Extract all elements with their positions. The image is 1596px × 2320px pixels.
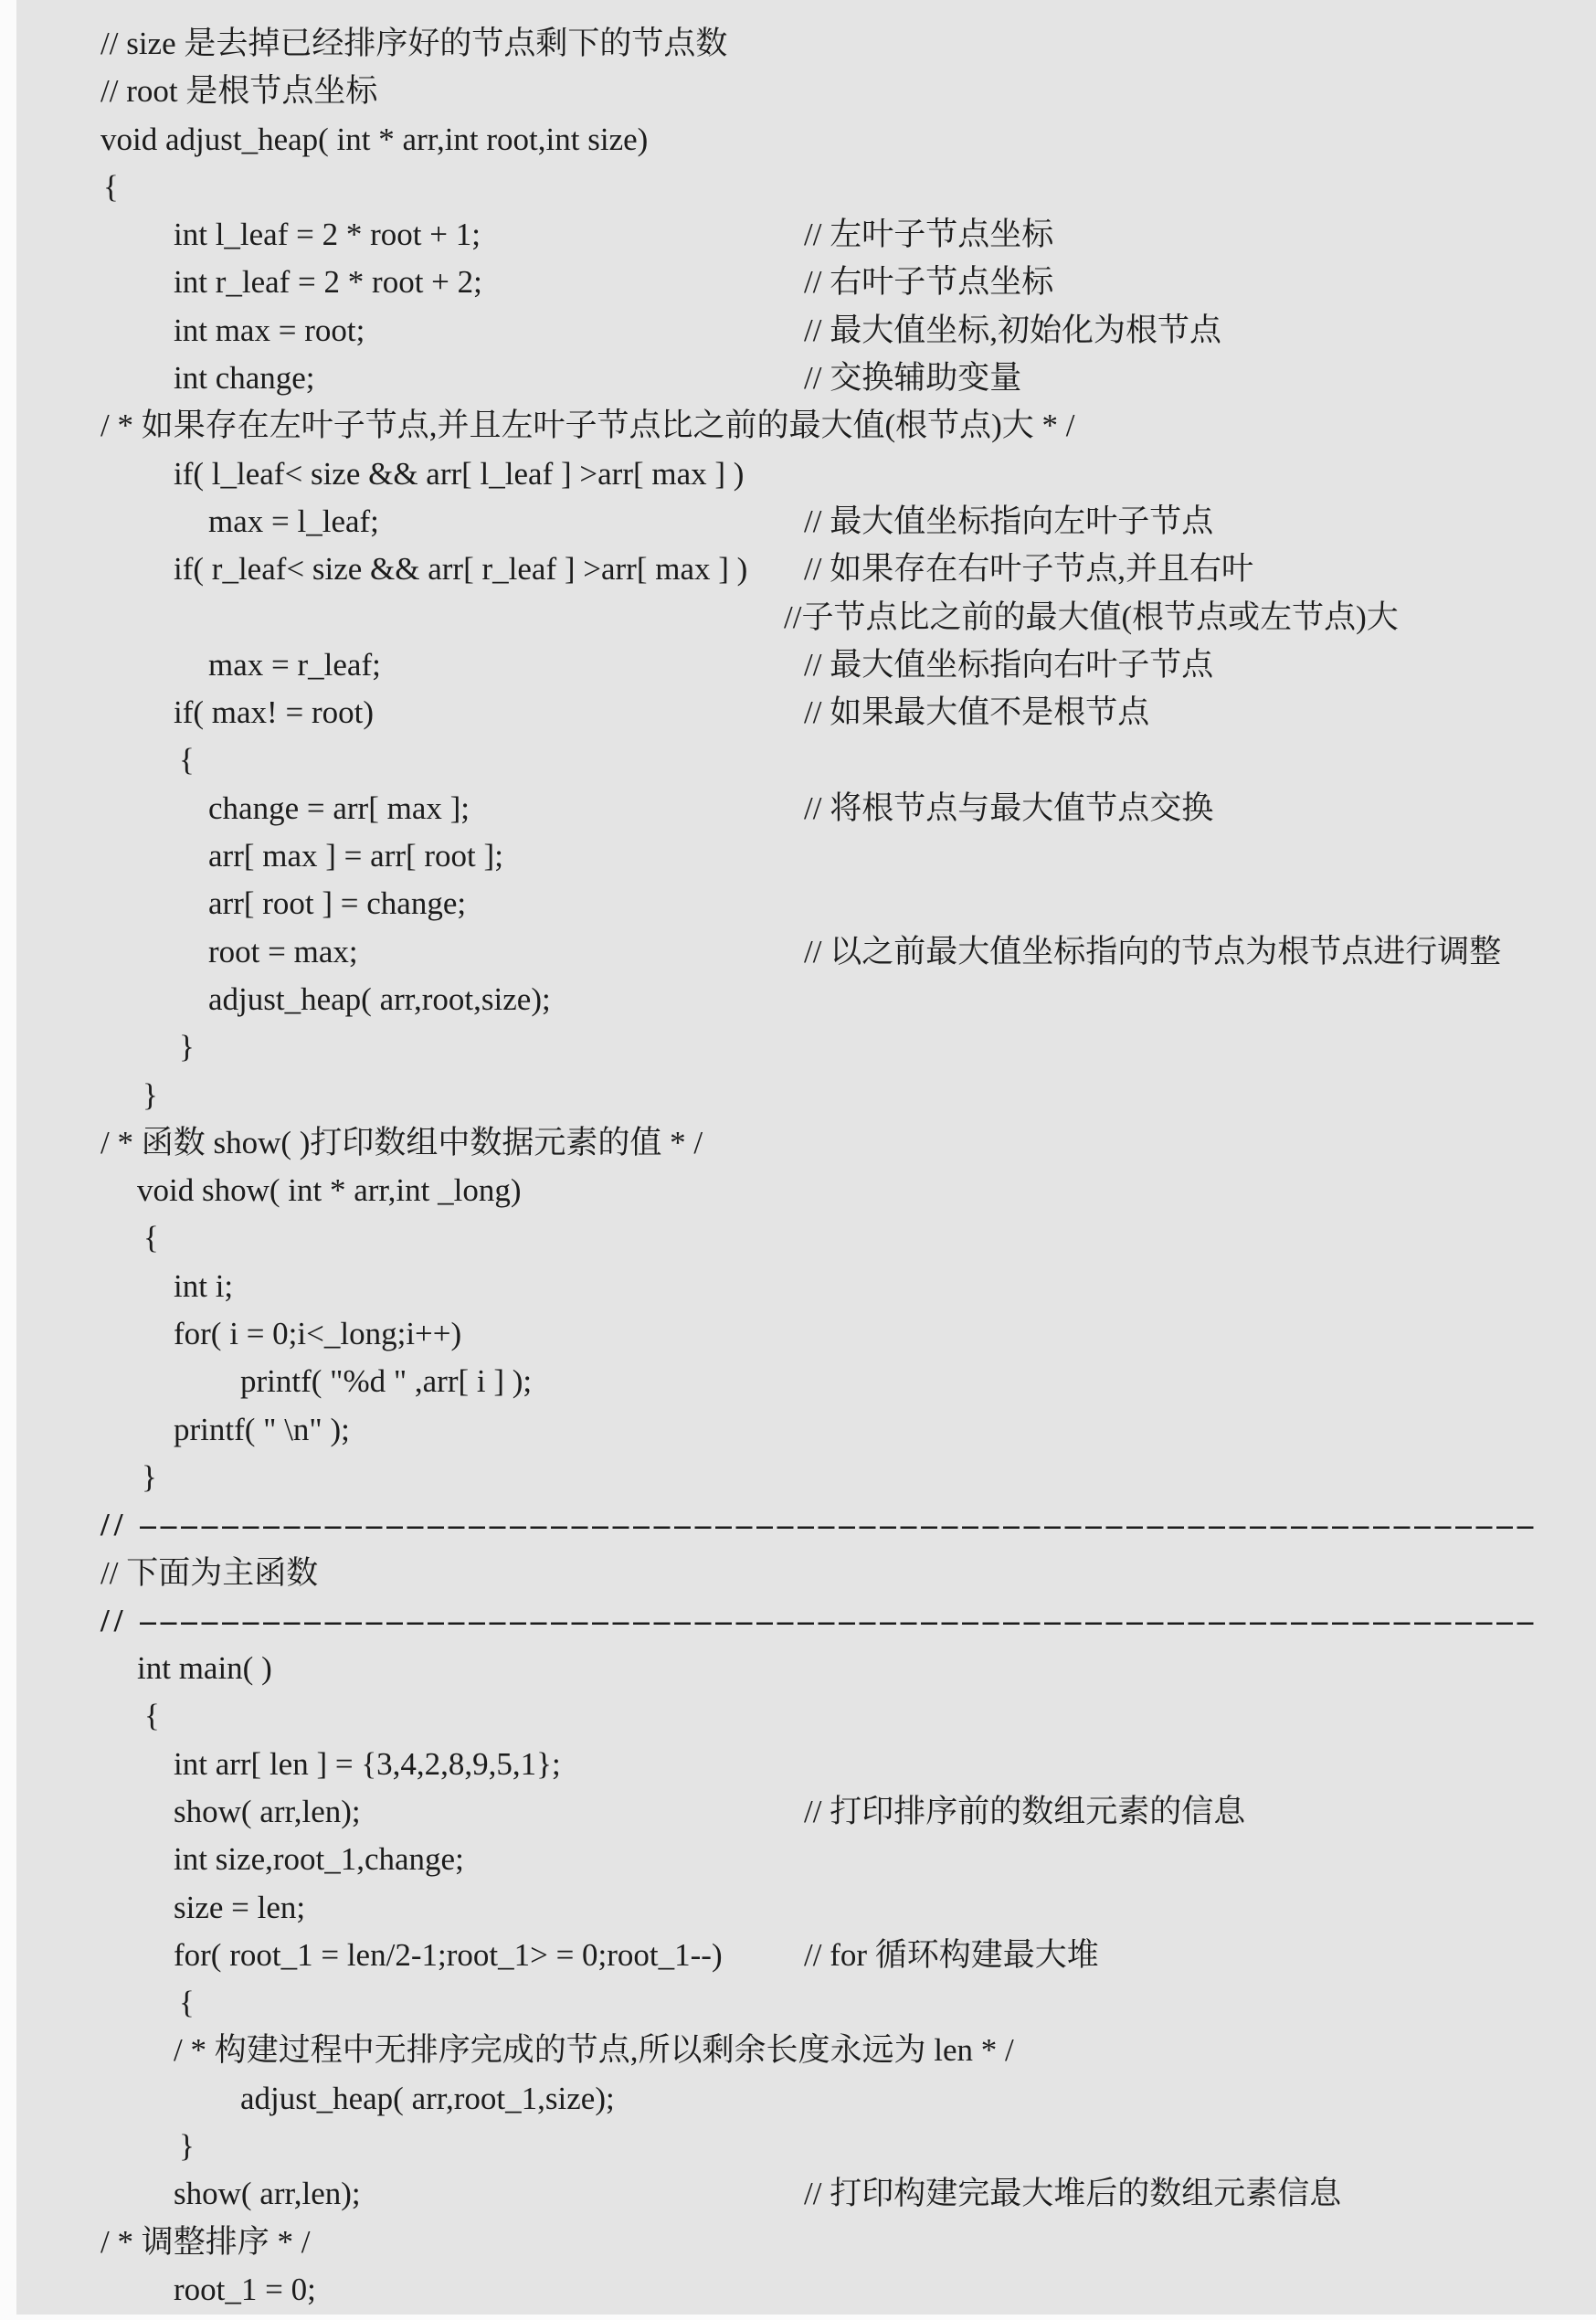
code-text: adjust_heap( arr,root,size);: [208, 976, 551, 1023]
comment-text: // 最大值坐标,初始化为根节点: [804, 307, 1221, 355]
code-line: adjust_heap( arr,root_1,size);: [0, 2075, 1596, 2123]
code-line: / * 函数 show( )打印数组中数据元素的值 * /: [0, 1119, 1596, 1167]
code-text: / * 调整排序 * /: [100, 2219, 310, 2266]
scanned-code-page: // size 是去掉已经排序好的节点剩下的节点数// root 是根节点坐标v…: [0, 0, 1596, 2320]
code-line: {: [0, 1214, 1596, 1262]
code-text: / * 构建过程中无排序完成的节点,所以剩余长度永远为 len * /: [174, 2027, 1014, 2074]
code-text: max = l_leaf;: [208, 498, 379, 546]
code-text: // 下面为主函数: [100, 1550, 318, 1597]
code-text: arr[ max ] = arr[ root ];: [208, 832, 503, 880]
code-line: {: [0, 736, 1596, 784]
code-line: / * 构建过程中无排序完成的节点,所以剩余长度永远为 len * /: [0, 2027, 1596, 2074]
code-line: show( arr,len);// 打印构建完最大堆后的数组元素信息: [0, 2170, 1596, 2218]
code-text: int max = root;: [174, 307, 365, 355]
code-line: int change;// 交换辅助变量: [0, 355, 1596, 402]
code-text: {: [179, 736, 195, 784]
code-text: // size 是去掉已经排序好的节点剩下的节点数: [100, 20, 727, 68]
code-line: / * 调整排序 * /: [0, 2219, 1596, 2266]
comment-text: // for 循环构建最大堆: [804, 1932, 1099, 1979]
code-line: arr[ root ] = change;: [0, 880, 1596, 927]
code-line: }: [0, 2123, 1596, 2170]
code-line: // 下面为主函数: [0, 1550, 1596, 1597]
code-line: int main( ): [0, 1645, 1596, 1692]
code-line: }: [0, 1072, 1596, 1119]
code-text: int main( ): [137, 1645, 272, 1692]
code-line: {: [0, 1979, 1596, 2027]
code-text: int i;: [174, 1263, 233, 1310]
code-text: {: [179, 1979, 195, 2027]
code-text: adjust_heap( arr,root_1,size);: [240, 2075, 615, 2123]
code-line: {: [0, 1692, 1596, 1740]
code-text: int l_leaf = 2 * root + 1;: [174, 211, 481, 259]
code-text: void show( int * arr,int _long): [137, 1167, 522, 1214]
comment-text: // 打印排序前的数组元素的信息: [804, 1788, 1245, 1836]
code-text: size = len;: [174, 1884, 305, 1932]
comment-text: // 右叶子节点坐标: [804, 259, 1053, 306]
code-text: for( root_1 = len/2-1;root_1> = 0;root_1…: [174, 1932, 723, 1979]
comment-text: // 以之前最大值坐标指向的节点为根节点进行调整: [804, 928, 1501, 976]
code-text: int size,root_1,change;: [174, 1836, 464, 1883]
code-text: }: [179, 2123, 195, 2170]
code-line: int l_leaf = 2 * root + 1;// 左叶子节点坐标: [0, 211, 1596, 259]
code-text: }: [142, 1454, 157, 1501]
code-text: int arr[ len ] = {3,4,2,8,9,5,1};: [174, 1741, 561, 1788]
code-text: show( arr,len);: [174, 2170, 361, 2218]
code-line: // –––––––––––––––––––––––––––––––––––––…: [0, 1597, 1596, 1645]
code-line: int i;: [0, 1263, 1596, 1310]
code-line: {: [0, 164, 1596, 211]
code-text: root_1 = 0;: [174, 2266, 316, 2314]
code-text: int change;: [174, 355, 315, 402]
code-line: for( root_1 = len/2-1;root_1> = 0;root_1…: [0, 1932, 1596, 1979]
code-text: void adjust_heap( int * arr,int root,int…: [100, 116, 648, 164]
comment-text: // 最大值坐标指向右叶子节点: [804, 641, 1213, 689]
code-text: / * 如果存在左叶子节点,并且左叶子节点比之前的最大值(根节点)大 * /: [100, 402, 1075, 450]
code-line: // root 是根节点坐标: [0, 68, 1596, 115]
code-line: int max = root;// 最大值坐标,初始化为根节点: [0, 307, 1596, 355]
comment-text: // 交换辅助变量: [804, 355, 1021, 402]
code-text: root = max;: [208, 928, 358, 976]
code-text: printf( " \n" );: [174, 1406, 350, 1454]
code-text: {: [103, 164, 119, 211]
code-text: printf( "%d " ,arr[ i ] );: [240, 1358, 532, 1405]
code-text: {: [143, 1214, 159, 1262]
code-line: if( l_leaf< size && arr[ l_leaf ] >arr[ …: [0, 450, 1596, 498]
code-line: size = len;: [0, 1884, 1596, 1932]
code-text: for( i = 0;i<_long;i++): [174, 1310, 461, 1358]
code-line: }: [0, 1023, 1596, 1071]
code-text: / * 函数 show( )打印数组中数据元素的值 * /: [100, 1119, 703, 1167]
comment-text: // 如果最大值不是根节点: [804, 689, 1149, 736]
code-line: change = arr[ max ];// 将根节点与最大值节点交换: [0, 785, 1596, 832]
code-line: if( max! = root)// 如果最大值不是根节点: [0, 689, 1596, 736]
comment-text: // 最大值坐标指向左叶子节点: [804, 498, 1213, 546]
section-divider-comment: // –––––––––––––––––––––––––––––––––––––…: [100, 1501, 1538, 1549]
code-line: max = r_leaf;// 最大值坐标指向右叶子节点: [0, 641, 1596, 689]
code-text: }: [179, 1023, 195, 1071]
code-line: int r_leaf = 2 * root + 2;// 右叶子节点坐标: [0, 259, 1596, 306]
code-text: show( arr,len);: [174, 1788, 361, 1836]
code-text: max = r_leaf;: [208, 641, 381, 689]
code-line: // size 是去掉已经排序好的节点剩下的节点数: [0, 20, 1596, 68]
code-text: {: [144, 1692, 160, 1740]
code-text: int r_leaf = 2 * root + 2;: [174, 259, 482, 306]
code-line: //子节点比之前的最大值(根节点或左节点)大: [0, 594, 1596, 641]
code-text: if( max! = root): [174, 689, 374, 736]
comment-text: // 左叶子节点坐标: [804, 211, 1053, 259]
comment-text: // 将根节点与最大值节点交换: [804, 785, 1213, 832]
comment-text: //子节点比之前的最大值(根节点或左节点)大: [784, 594, 1399, 641]
code-line: }: [0, 1454, 1596, 1501]
code-line: // –––––––––––––––––––––––––––––––––––––…: [0, 1501, 1596, 1549]
code-line: show( arr,len);// 打印排序前的数组元素的信息: [0, 1788, 1596, 1836]
code-text: if( r_leaf< size && arr[ r_leaf ] >arr[ …: [174, 546, 747, 593]
code-line: adjust_heap( arr,root,size);: [0, 976, 1596, 1023]
code-text: }: [143, 1072, 158, 1119]
comment-text: // 打印构建完最大堆后的数组元素信息: [804, 2170, 1341, 2218]
code-line: printf( " \n" );: [0, 1406, 1596, 1454]
code-line: / * 如果存在左叶子节点,并且左叶子节点比之前的最大值(根节点)大 * /: [0, 402, 1596, 450]
code-text: change = arr[ max ];: [208, 785, 470, 832]
code-text: if( l_leaf< size && arr[ l_leaf ] >arr[ …: [174, 450, 744, 498]
code-listing: // size 是去掉已经排序好的节点剩下的节点数// root 是根节点坐标v…: [0, 20, 1596, 2314]
section-divider-comment: // –––––––––––––––––––––––––––––––––––––…: [100, 1597, 1538, 1645]
code-line: if( r_leaf< size && arr[ r_leaf ] >arr[ …: [0, 546, 1596, 593]
code-line: void adjust_heap( int * arr,int root,int…: [0, 116, 1596, 164]
code-text: arr[ root ] = change;: [208, 880, 466, 927]
code-line: root = max;// 以之前最大值坐标指向的节点为根节点进行调整: [0, 928, 1596, 976]
code-line: arr[ max ] = arr[ root ];: [0, 832, 1596, 880]
comment-text: // 如果存在右叶子节点,并且右叶: [804, 546, 1253, 593]
code-line: max = l_leaf;// 最大值坐标指向左叶子节点: [0, 498, 1596, 546]
code-line: printf( "%d " ,arr[ i ] );: [0, 1358, 1596, 1405]
code-line: for( i = 0;i<_long;i++): [0, 1310, 1596, 1358]
code-line: int arr[ len ] = {3,4,2,8,9,5,1};: [0, 1741, 1596, 1788]
code-line: void show( int * arr,int _long): [0, 1167, 1596, 1214]
code-line: int size,root_1,change;: [0, 1836, 1596, 1883]
code-line: root_1 = 0;: [0, 2266, 1596, 2314]
code-text: // root 是根节点坐标: [100, 68, 377, 115]
